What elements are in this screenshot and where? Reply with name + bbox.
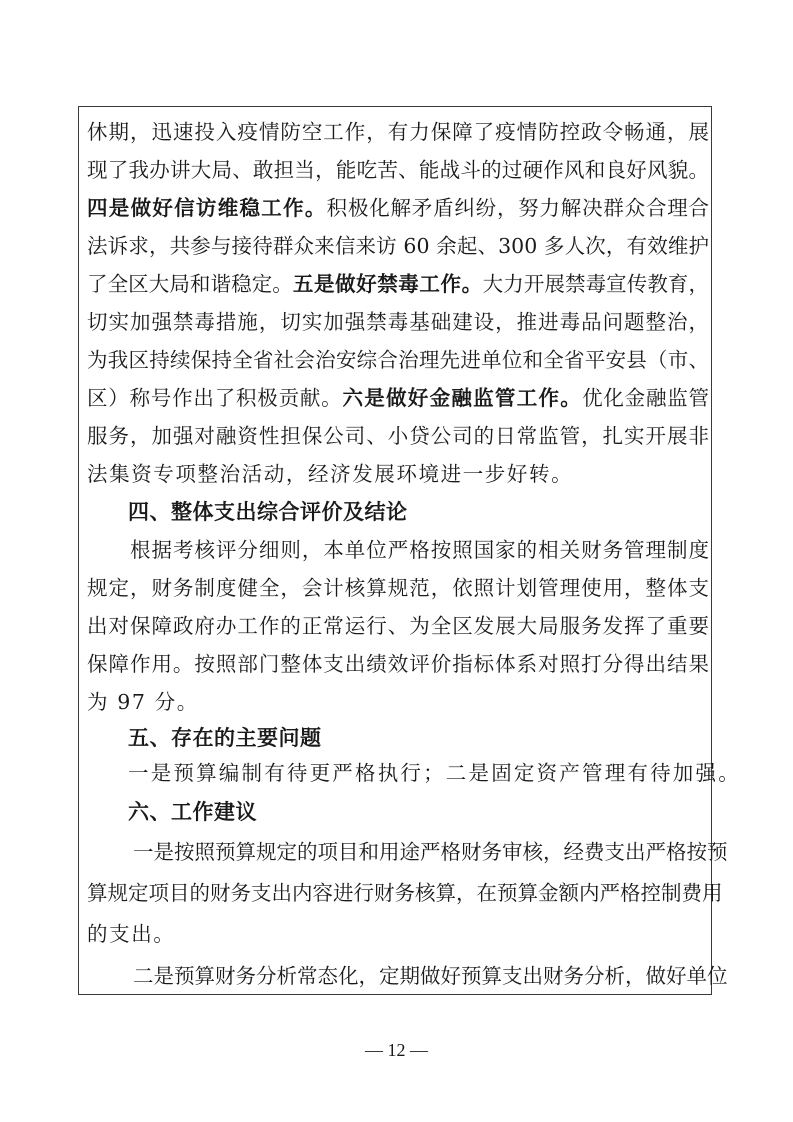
body-text: 优化金融监管 bbox=[582, 386, 709, 410]
body-text: 法诉求，共参与接待群众来信来访 60 余起、300 多人次，有效维护 bbox=[87, 234, 709, 258]
body-text: 法集资专项整治活动，经济发展环境进一步好转。 bbox=[87, 462, 573, 486]
section-heading-evaluation: 四、整体支出综合评价及结论 bbox=[128, 493, 408, 531]
body-line: 规定，财务制度健全，会计核算规范，依照计划管理使用，整体支 bbox=[87, 569, 709, 607]
bold-lead-phrase: 五是做好禁毒工作。 bbox=[293, 272, 483, 296]
body-text: 二是预算财务分析常态化，定期做好预算支出财务分析，做好单位 bbox=[133, 964, 728, 988]
body-line: 服务，加强对融资性担保公司、小贷公司的日常监管，扎实开展非 bbox=[87, 417, 709, 455]
body-line: 现了我办讲大局、敢担当，能吃苦、能战斗的过硬作风和良好风貌。 bbox=[87, 151, 709, 189]
body-text: 大力开展禁毒宣传教育， bbox=[483, 272, 709, 296]
body-line: 的支出。 bbox=[87, 915, 709, 953]
body-line: 一是按照预算规定的项目和用途严格财务审核，经费支出严格按预 bbox=[133, 833, 709, 871]
body-text: 现了我办讲大局、敢担当，能吃苦、能战斗的过硬作风和良好风貌。 bbox=[87, 158, 709, 182]
body-line: 为我区持续保持全省社会治安综合治理先进单位和全省平安县（市、 bbox=[87, 341, 709, 379]
body-line: 二是预算财务分析常态化，定期做好预算支出财务分析，做好单位 bbox=[133, 957, 709, 995]
bold-lead-phrase: 四是做好信访维稳工作。 bbox=[87, 196, 327, 220]
body-text: 切实加强禁毒措施，切实加强禁毒基础建设，推进毒品问题整治， bbox=[87, 310, 709, 334]
body-text: 一是按照预算规定的项目和用途严格财务审核，经费支出严格按预 bbox=[133, 840, 728, 864]
body-text: 区）称号作出了积极贡献。 bbox=[87, 386, 342, 410]
body-text: 算规定项目的财务支出内容进行财务核算，在预算金额内严格控制费用 bbox=[87, 881, 723, 905]
bold-lead-phrase: 六是做好金融监管工作。 bbox=[342, 386, 582, 410]
body-text: 积极化解矛盾纠纷，努力解决群众合理合 bbox=[327, 196, 709, 220]
body-text: 一是预算编制有待更严格执行；二是固定资产管理有待加强。 bbox=[128, 761, 741, 785]
body-line: 一是预算编制有待更严格执行；二是固定资产管理有待加强。 bbox=[128, 754, 708, 792]
body-text: 服务，加强对融资性担保公司、小贷公司的日常监管，扎实开展非 bbox=[87, 424, 709, 448]
body-text: 保障作用。按照部门整体支出绩效评价指标体系对照打分得出结果 bbox=[87, 652, 709, 676]
page-number: — 12 — bbox=[0, 1038, 793, 1062]
body-text: 出对保障政府办工作的正常运行、为全区发展大局服务发挥了重要 bbox=[87, 614, 709, 638]
body-line: 法集资专项整治活动，经济发展环境进一步好转。 bbox=[87, 455, 709, 493]
body-line: 根据考核评分细则，本单位严格按照国家的相关财务管理制度 bbox=[130, 531, 709, 569]
section-heading-problems: 五、存在的主要问题 bbox=[128, 719, 322, 757]
body-line: 保障作用。按照部门整体支出绩效评价指标体系对照打分得出结果 bbox=[87, 645, 709, 683]
body-line: 切实加强禁毒措施，切实加强禁毒基础建设，推进毒品问题整治， bbox=[87, 303, 709, 341]
body-text: 根据考核评分细则，本单位严格按照国家的相关财务管理制度 bbox=[130, 538, 709, 562]
body-text: 规定，财务制度健全，会计核算规范，依照计划管理使用，整体支 bbox=[87, 576, 709, 600]
body-line: 四是做好信访维稳工作。积极化解矛盾纠纷，努力解决群众合理合 bbox=[87, 189, 709, 227]
body-line: 休期，迅速投入疫情防空工作，有力保障了疫情防控政令畅通，展 bbox=[87, 113, 709, 151]
body-line: 为 97 分。 bbox=[87, 683, 709, 721]
body-text: 为我区持续保持全省社会治安综合治理先进单位和全省平安县（市、 bbox=[87, 348, 709, 372]
body-text: 休期，迅速投入疫情防空工作，有力保障了疫情防控政令畅通，展 bbox=[87, 120, 709, 144]
body-line: 了全区大局和谐稳定。五是做好禁毒工作。大力开展禁毒宣传教育， bbox=[87, 265, 709, 303]
body-line: 出对保障政府办工作的正常运行、为全区发展大局服务发挥了重要 bbox=[87, 607, 709, 645]
body-text: 了全区大局和谐稳定。 bbox=[87, 272, 293, 296]
score-text: 为 97 分。 bbox=[87, 690, 199, 714]
body-line: 区）称号作出了积极贡献。六是做好金融监管工作。优化金融监管 bbox=[87, 379, 709, 417]
section-heading-suggestions: 六、工作建议 bbox=[128, 793, 257, 831]
body-line: 法诉求，共参与接待群众来信来访 60 余起、300 多人次，有效维护 bbox=[87, 227, 709, 265]
body-text: 的支出。 bbox=[87, 922, 175, 946]
body-line: 算规定项目的财务支出内容进行财务核算，在预算金额内严格控制费用 bbox=[87, 874, 709, 912]
